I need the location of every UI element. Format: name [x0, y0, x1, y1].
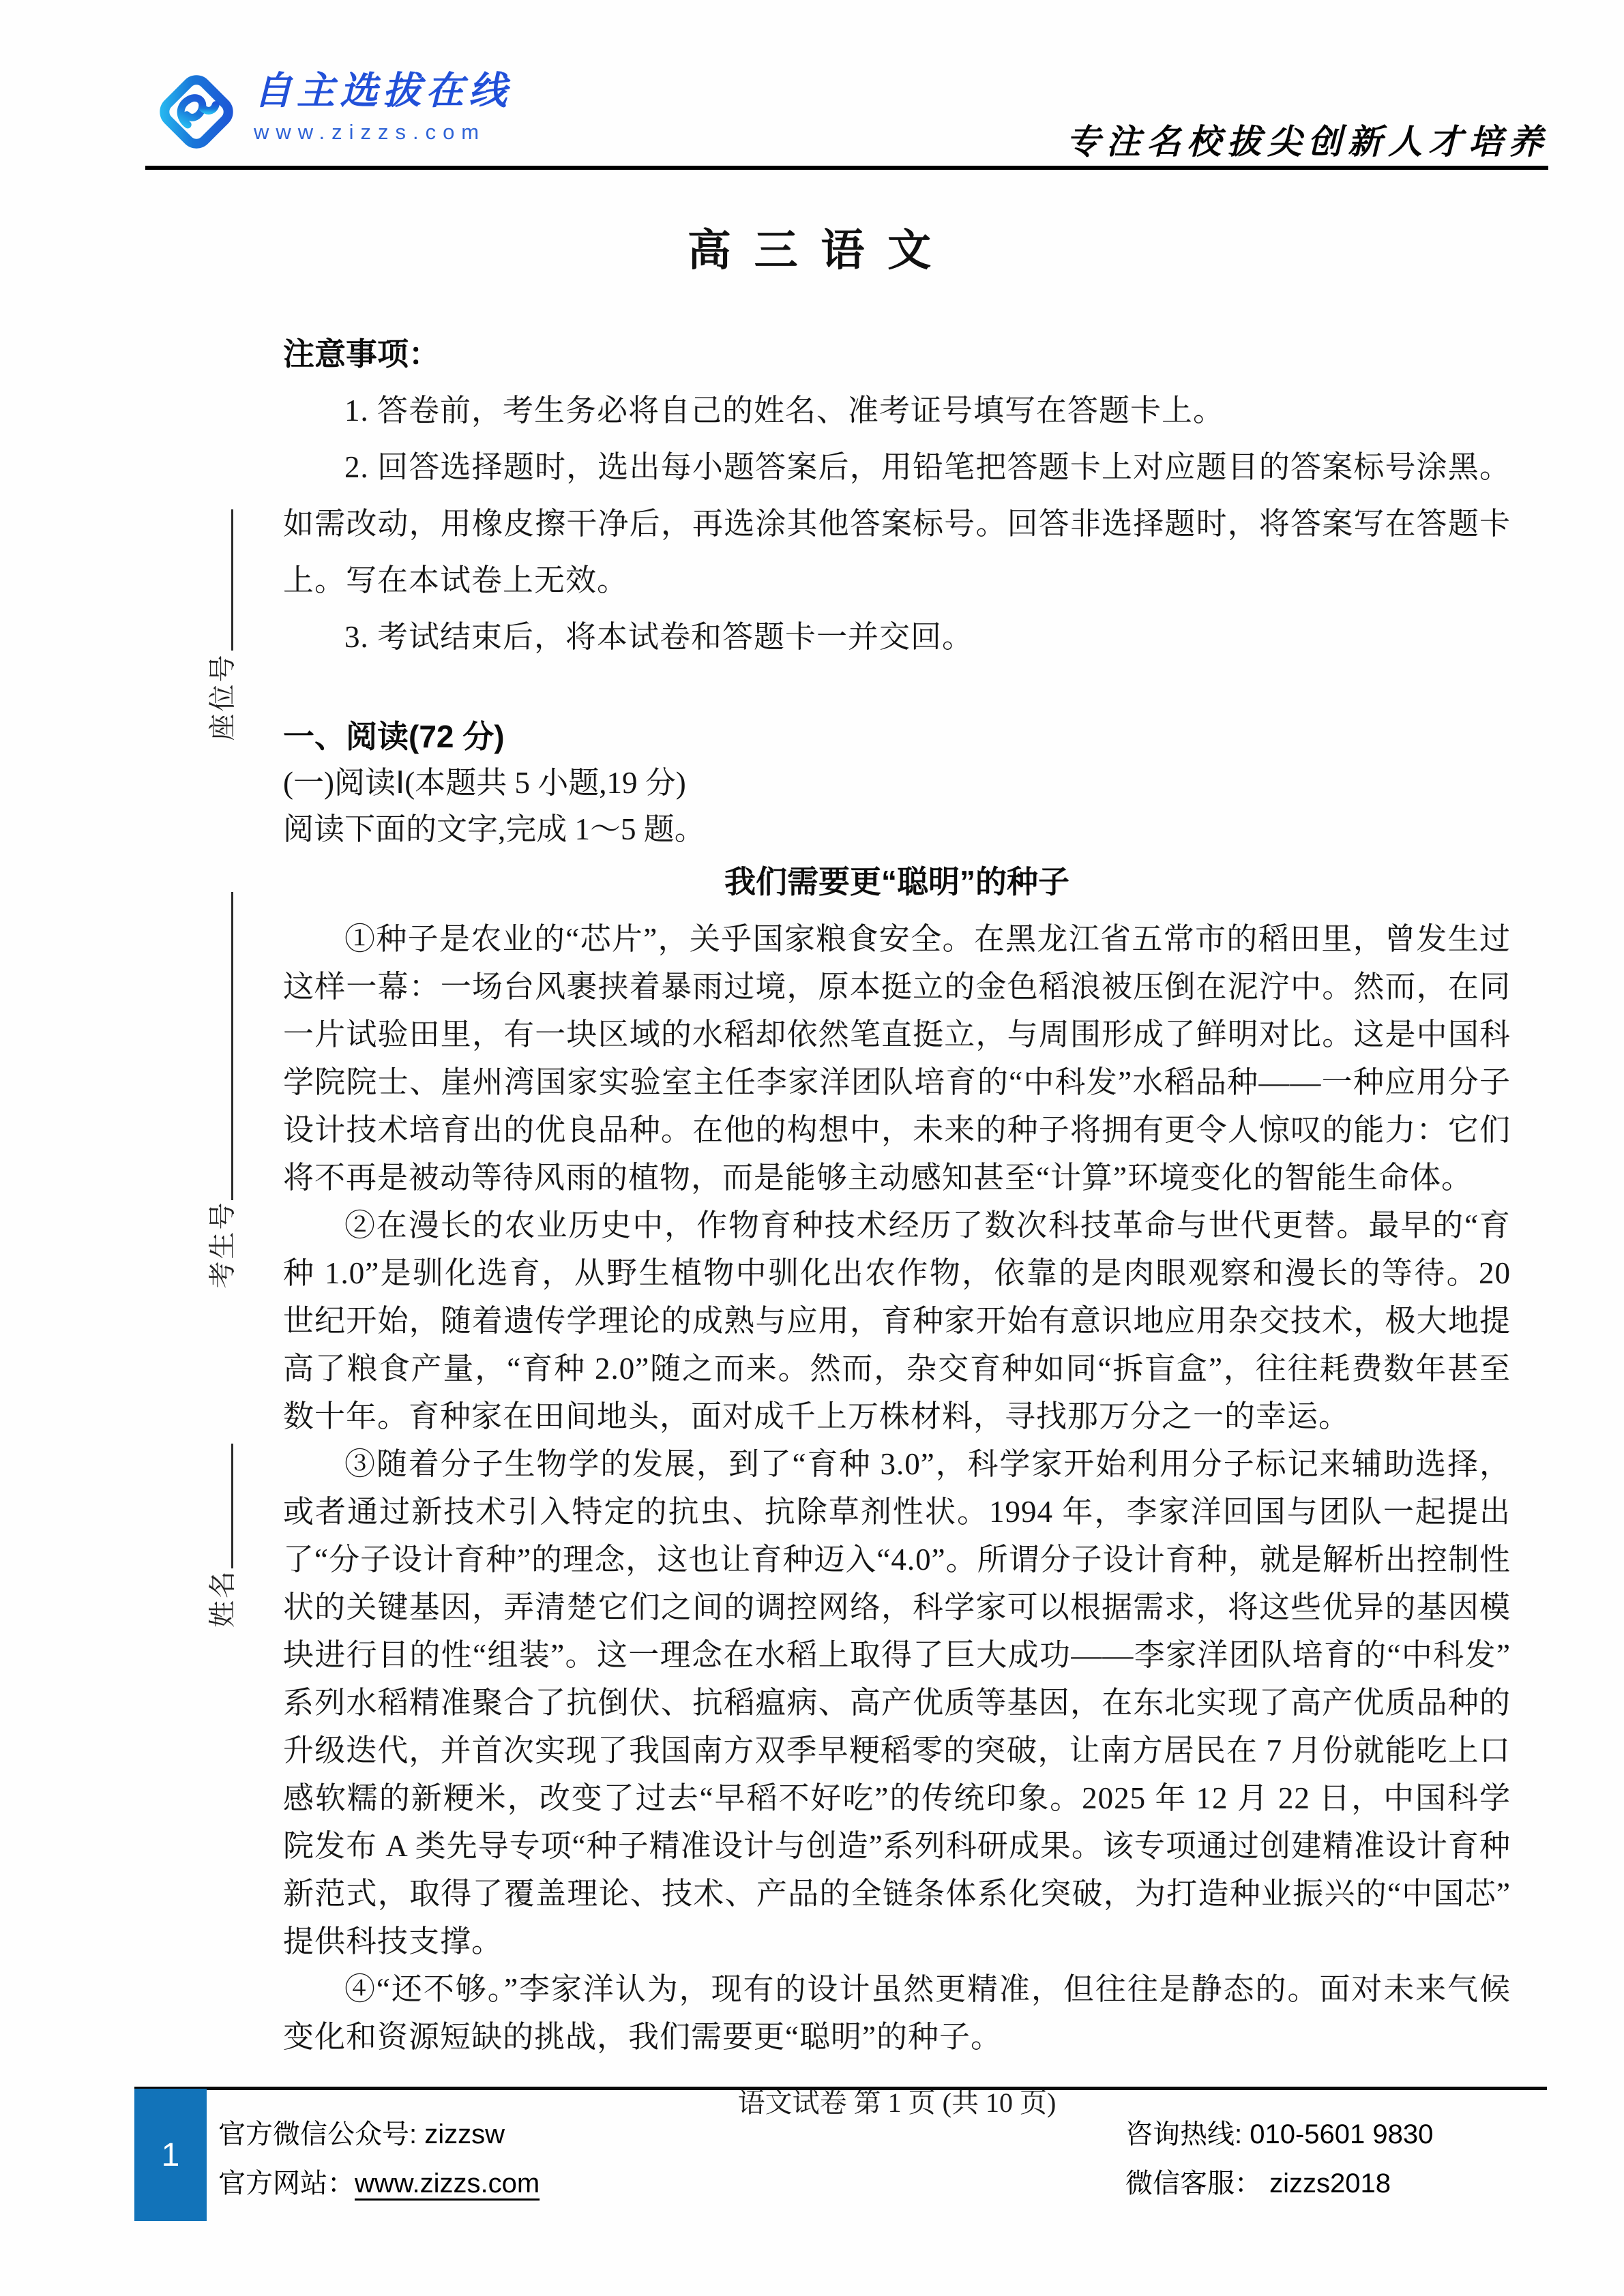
logo-diamond-icon [156, 71, 237, 153]
header-divider [145, 166, 1548, 170]
page-number-badge: 1 [134, 2089, 207, 2221]
notice-item-2: 2. 回答选择题时，选出每小题答案后，用铅笔把答题卡上对应题目的答案标号涂黑。如… [283, 439, 1511, 609]
brand-site-url: www.zizzs.com [254, 120, 512, 145]
site-logo: 自主选拔在线 www.zizzs.com [156, 71, 512, 153]
logo-text: 自主选拔在线 www.zizzs.com [254, 71, 512, 145]
article-title: 我们需要更“聪明”的种子 [283, 858, 1511, 906]
wechat-service: 微信客服： zizzs2018 [1125, 2159, 1433, 2208]
article-paragraph-2: ②在漫长的农业历史中，作物育种技术经历了数次科技革命与世代更替。最早的“育种 1… [283, 1202, 1511, 1440]
exam-content: 注意事项： 1. 答卷前，考生务必将自己的姓名、准考证号填写在答题卡上。 2. … [283, 326, 1511, 2120]
hotline: 咨询热线: 010-5601 9830 [1125, 2110, 1433, 2159]
seat-number-label: 座位号 [201, 653, 240, 741]
notice-item-1: 1. 答卷前，考生务必将自己的姓名、准考证号填写在答题卡上。 [283, 383, 1511, 439]
footer-divider [134, 2087, 1547, 2090]
exam-paper-page: 自主选拔在线 www.zizzs.com 专注名校拔尖创新人才培养 高 三 语 … [0, 0, 1624, 2296]
name-label: 姓名 [201, 1569, 240, 1628]
name-blank-line [231, 1444, 233, 1568]
page-title: 高 三 语 文 [0, 215, 1624, 278]
candidate-number-label: 考生号 [201, 1201, 240, 1289]
official-wechat-account: 官方微信公众号: zizzsw [218, 2110, 540, 2159]
subsection-heading-reading-1: (一)阅读Ⅰ(本题共 5 小题,19 分) [283, 760, 1511, 806]
notice-item-3: 3. 考试结束后，将本试卷和答题卡一并交回。 [283, 609, 1511, 666]
reading-instruction: 阅读下面的文字,完成 1～5 题。 [283, 806, 1511, 852]
footer-contact-left: 官方微信公众号: zizzsw 官方网站：www.zizzs.com [218, 2110, 540, 2208]
section-heading-reading: 一、阅读(72 分) [283, 713, 1511, 760]
article-paragraph-1: ①种子是农业的“芯片”，关乎国家粮食安全。在黑龙江省五常市的稻田里，曾发生过这样… [283, 915, 1511, 1202]
notice-heading: 注意事项： [283, 326, 1511, 383]
brand-name: 自主选拔在线 [254, 71, 512, 112]
article-paragraph-3: ③随着分子生物学的发展，到了“育种 3.0”，科学家开始利用分子标记来辅助选择，… [283, 1440, 1511, 1965]
official-website-row: 官方网站：www.zizzs.com [218, 2159, 540, 2208]
official-website-label: 官方网站： [218, 2168, 355, 2198]
article-paragraph-4: ④“还不够。”李家洋认为，现有的设计虽然更精准，但往往是静态的。面对未来气候变化… [283, 1965, 1511, 2061]
seat-number-blank-line [231, 509, 233, 651]
candidate-number-blank-line [231, 892, 233, 1200]
header-slogan: 专注名校拔尖创新人才培养 [1066, 115, 1549, 164]
footer-contact-right: 咨询热线: 010-5601 9830 微信客服： zizzs2018 [1125, 2110, 1433, 2208]
official-website-link[interactable]: www.zizzs.com [355, 2168, 540, 2198]
